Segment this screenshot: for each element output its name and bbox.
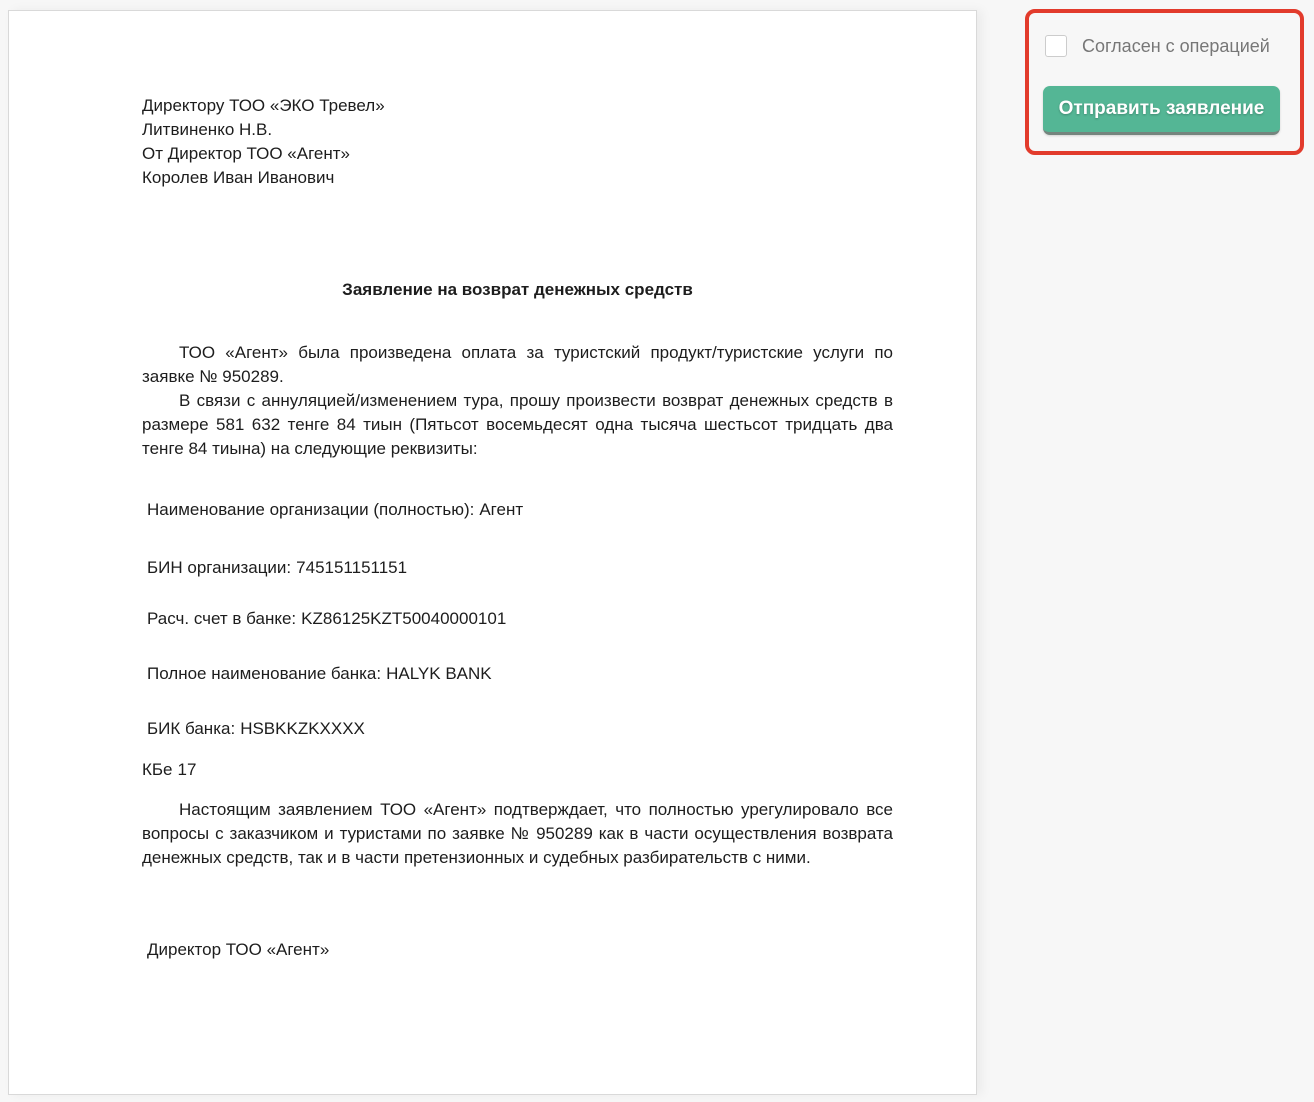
requisite-label: Расч. счет в банке: (147, 609, 296, 628)
requisite-value: 745151151151 (296, 558, 407, 577)
requisite-label: Полное наименование банка: (147, 664, 381, 683)
paragraph-payment: ТОО «Агент» была произведена оплата за т… (142, 341, 893, 389)
paragraph-confirmation: Настоящим заявлением ТОО «Агент» подтвер… (142, 798, 893, 870)
document-body: ТОО «Агент» была произведена оплата за т… (142, 341, 893, 461)
requisite-value: HSBKKZKXXXX (240, 719, 365, 738)
recipient-line: Литвиненко Н.В. (142, 118, 893, 142)
requisite-row: Наименование организации (полностью):Аге… (142, 498, 893, 522)
requisite-label: БИК банка: (147, 719, 235, 738)
submit-application-button[interactable]: Отправить заявление (1043, 86, 1280, 135)
requisite-value: 17 (178, 760, 197, 779)
requisite-row: КБе17 (142, 758, 893, 782)
recipient-line: От Директор ТОО «Агент» (142, 142, 893, 166)
requisites-block: Наименование организации (полностью):Аге… (142, 498, 893, 782)
requisite-value: HALYK BANK (386, 664, 492, 683)
app-screen: Директору ТОО «ЭКО Тревел» Литвиненко Н.… (0, 0, 1314, 1102)
consent-checkbox[interactable] (1045, 35, 1067, 57)
signature-line: Директор ТОО «Агент» (142, 938, 893, 962)
highlight-box: Согласен с операцией Отправить заявление (1025, 9, 1304, 155)
requisite-value: KZ86125KZT50040000101 (301, 609, 506, 628)
consent-checkbox-label: Согласен с операцией (1082, 36, 1270, 57)
document-title: Заявление на возврат денежных средств (142, 278, 893, 302)
requisite-label: БИН организации: (147, 558, 291, 577)
paragraph-refund-request: В связи с аннуляцией/изменением тура, пр… (142, 389, 893, 461)
recipient-line: Директору ТОО «ЭКО Тревел» (142, 94, 893, 118)
recipient-block: Директору ТОО «ЭКО Тревел» Литвиненко Н.… (142, 94, 893, 190)
requisite-row: БИН организации:745151151151 (142, 556, 893, 580)
requisite-row: БИК банка:HSBKKZKXXXX (142, 717, 893, 741)
recipient-line: Королев Иван Иванович (142, 166, 893, 190)
requisite-label: КБе (142, 760, 173, 779)
consent-row: Согласен с операцией (1045, 35, 1270, 57)
requisite-label: Наименование организации (полностью): (147, 500, 474, 519)
document-page: Директору ТОО «ЭКО Тревел» Литвиненко Н.… (8, 10, 977, 1095)
requisite-row: Полное наименование банка:HALYK BANK (142, 662, 893, 686)
requisite-value: Агент (479, 500, 523, 519)
requisite-row: Расч. счет в банке:KZ86125KZT50040000101 (142, 607, 893, 631)
